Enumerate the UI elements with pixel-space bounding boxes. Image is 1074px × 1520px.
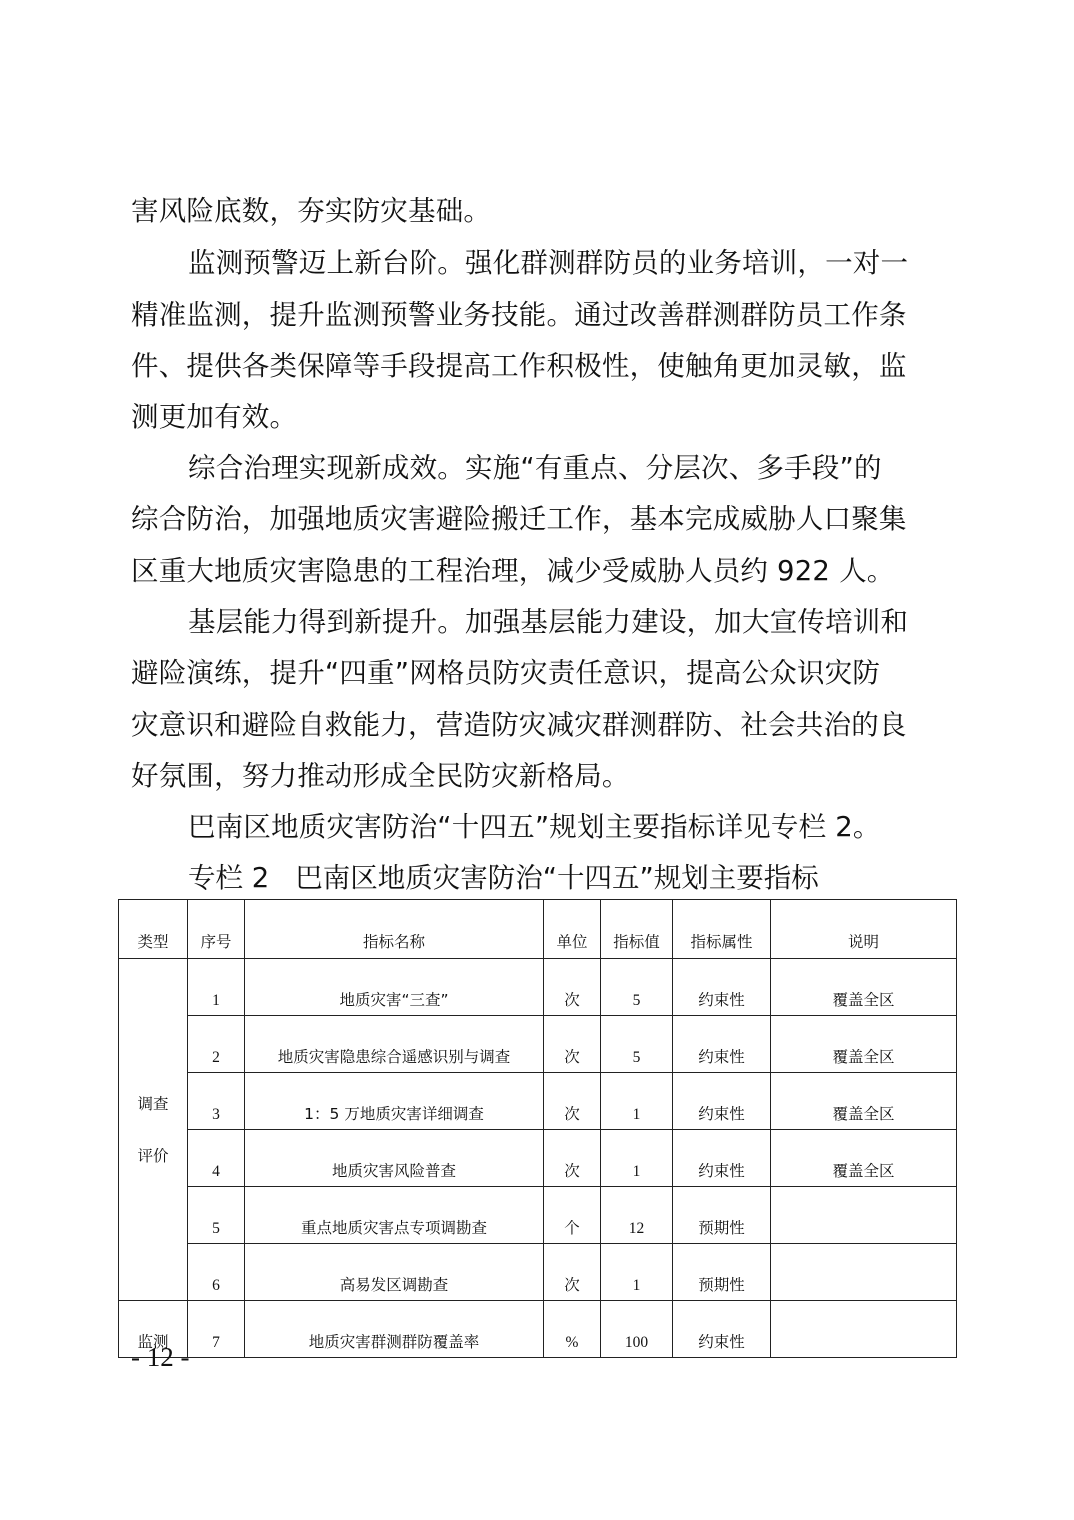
table-caption: 专栏 2巴南区地质灾害防治“十四五”规划主要指标	[188, 853, 819, 903]
header-note: 说明	[771, 900, 957, 959]
paragraph-line: 综合防治，加强地质灾害避险搬迁工作，基本完成威胁人口聚集	[131, 494, 951, 544]
paragraph-line: 监测预警迈上新台阶。强化群测群防员的业务培训，一对一	[188, 238, 1008, 288]
paragraph-line: 避险演练，提升“四重”网格员防灾责任意识，提高公众识灾防	[131, 648, 951, 698]
table-row: 2 地质灾害隐患综合遥感识别与调查 次 5 约束性 覆盖全区	[119, 1016, 957, 1073]
table-row: 3 1：5 万地质灾害详细调查 次 1 约束性 覆盖全区	[119, 1073, 957, 1130]
table-row: 4 地质灾害风险普查 次 1 约束性 覆盖全区	[119, 1130, 957, 1187]
paragraph-line: 件、提供各类保障等手段提高工作积极性，使触角更加灵敏，监	[131, 341, 951, 391]
table-row: 监测 7 地质灾害群测群防覆盖率 % 100 约束性	[119, 1301, 957, 1358]
header-type: 类型	[119, 900, 188, 959]
header-no: 序号	[188, 900, 245, 959]
paragraph-line: 基层能力得到新提升。加强基层能力建设，加大宣传培训和	[188, 597, 1008, 647]
document-page: 害风险底数，夯实防灾基础。 监测预警迈上新台阶。强化群测群防员的业务培训，一对一…	[0, 0, 1074, 1520]
paragraph-line: 害风险底数，夯实防灾基础。	[131, 186, 951, 236]
indicator-table: 类型 序号 指标名称 单位 指标值 指标属性 说明 调查 评价 1 地质灾害“三…	[118, 899, 957, 1358]
table-caption-title: 巴南区地质灾害防治“十四五”规划主要指标	[295, 862, 819, 894]
header-value: 指标值	[601, 900, 673, 959]
paragraph-line: 精准监测，提升监测预警业务技能。通过改善群测群防员工作条	[131, 290, 951, 340]
paragraph-line: 区重大地质灾害隐患的工程治理，减少受威胁人员约 922 人。	[131, 546, 951, 596]
header-attr: 指标属性	[673, 900, 771, 959]
table-caption-label: 专栏 2	[188, 862, 269, 894]
paragraph-line: 灾意识和避险自救能力，营造防灾减灾群测群防、社会共治的良	[131, 700, 951, 750]
paragraph-line: 巴南区地质灾害防治“十四五”规划主要指标详见专栏 2。	[188, 802, 1008, 852]
table-header-row: 类型 序号 指标名称 单位 指标值 指标属性 说明	[119, 900, 957, 959]
header-unit: 单位	[544, 900, 601, 959]
table-row: 5 重点地质灾害点专项调勘查 个 12 预期性	[119, 1187, 957, 1244]
page-number: - 12 -	[131, 1342, 189, 1373]
type-cell-survey: 调查 评价	[119, 959, 188, 1301]
table-row: 6 高易发区调勘查 次 1 预期性	[119, 1244, 957, 1301]
paragraph-line: 好氛围，努力推动形成全民防灾新格局。	[131, 751, 951, 801]
table-row: 调查 评价 1 地质灾害“三查” 次 5 约束性 覆盖全区	[119, 959, 957, 1016]
paragraph-line: 测更加有效。	[131, 392, 951, 442]
paragraph-line: 综合治理实现新成效。实施“有重点、分层次、多手段”的	[188, 443, 1008, 493]
header-name: 指标名称	[245, 900, 544, 959]
